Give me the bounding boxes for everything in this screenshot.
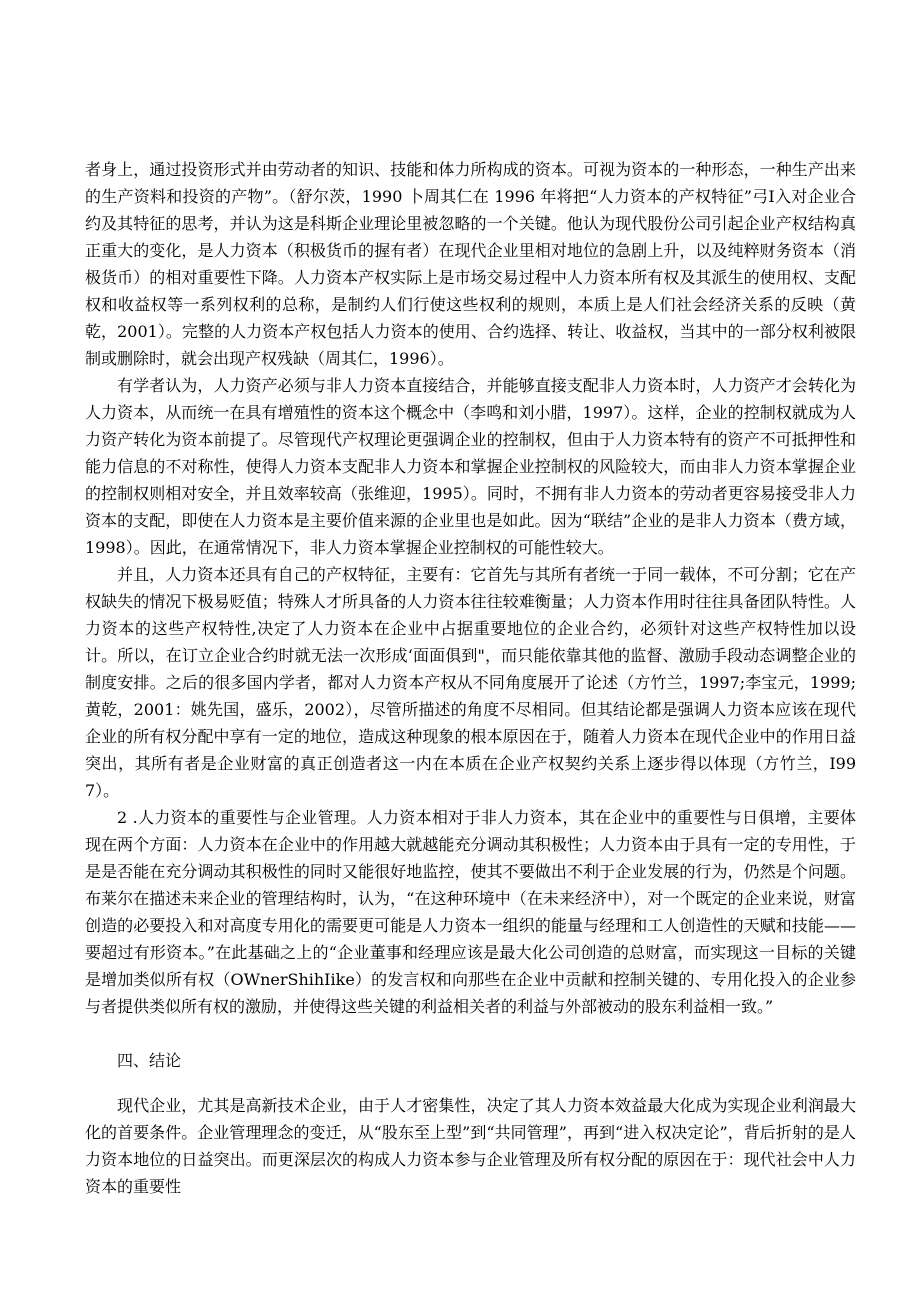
paragraph-conclusion-body: 现代企业，尤其是高新技术企业，由于人才密集性，决定了其人力资本效益最大化成为实现…	[85, 1092, 856, 1200]
paragraph-property-rights-characteristics: 并且，人力资本还具有自己的产权特征，主要有：它首先与其所有者统一于同一载体，不可…	[85, 561, 856, 804]
document-page: 者身上，通过投资形式并由劳动者的知识、技能和体力所构成的资本。可视为资本的一种形…	[0, 0, 920, 1301]
section-heading-conclusion: 四、结论	[85, 1047, 856, 1074]
paragraph-importance-and-enterprise-management: 2 .人力资本的重要性与企业管理。人力资本相对于非人力资本，其在企业中的重要性与…	[85, 804, 856, 1020]
paragraph-human-capital-property-rights: 者身上，通过投资形式并由劳动者的知识、技能和体力所构成的资本。可视为资本的一种形…	[85, 156, 856, 372]
paragraph-scholars-view-capital-combination: 有学者认为，人力资产必须与非人力资本直接结合，并能够直接支配非人力资本时，人力资…	[85, 372, 856, 561]
